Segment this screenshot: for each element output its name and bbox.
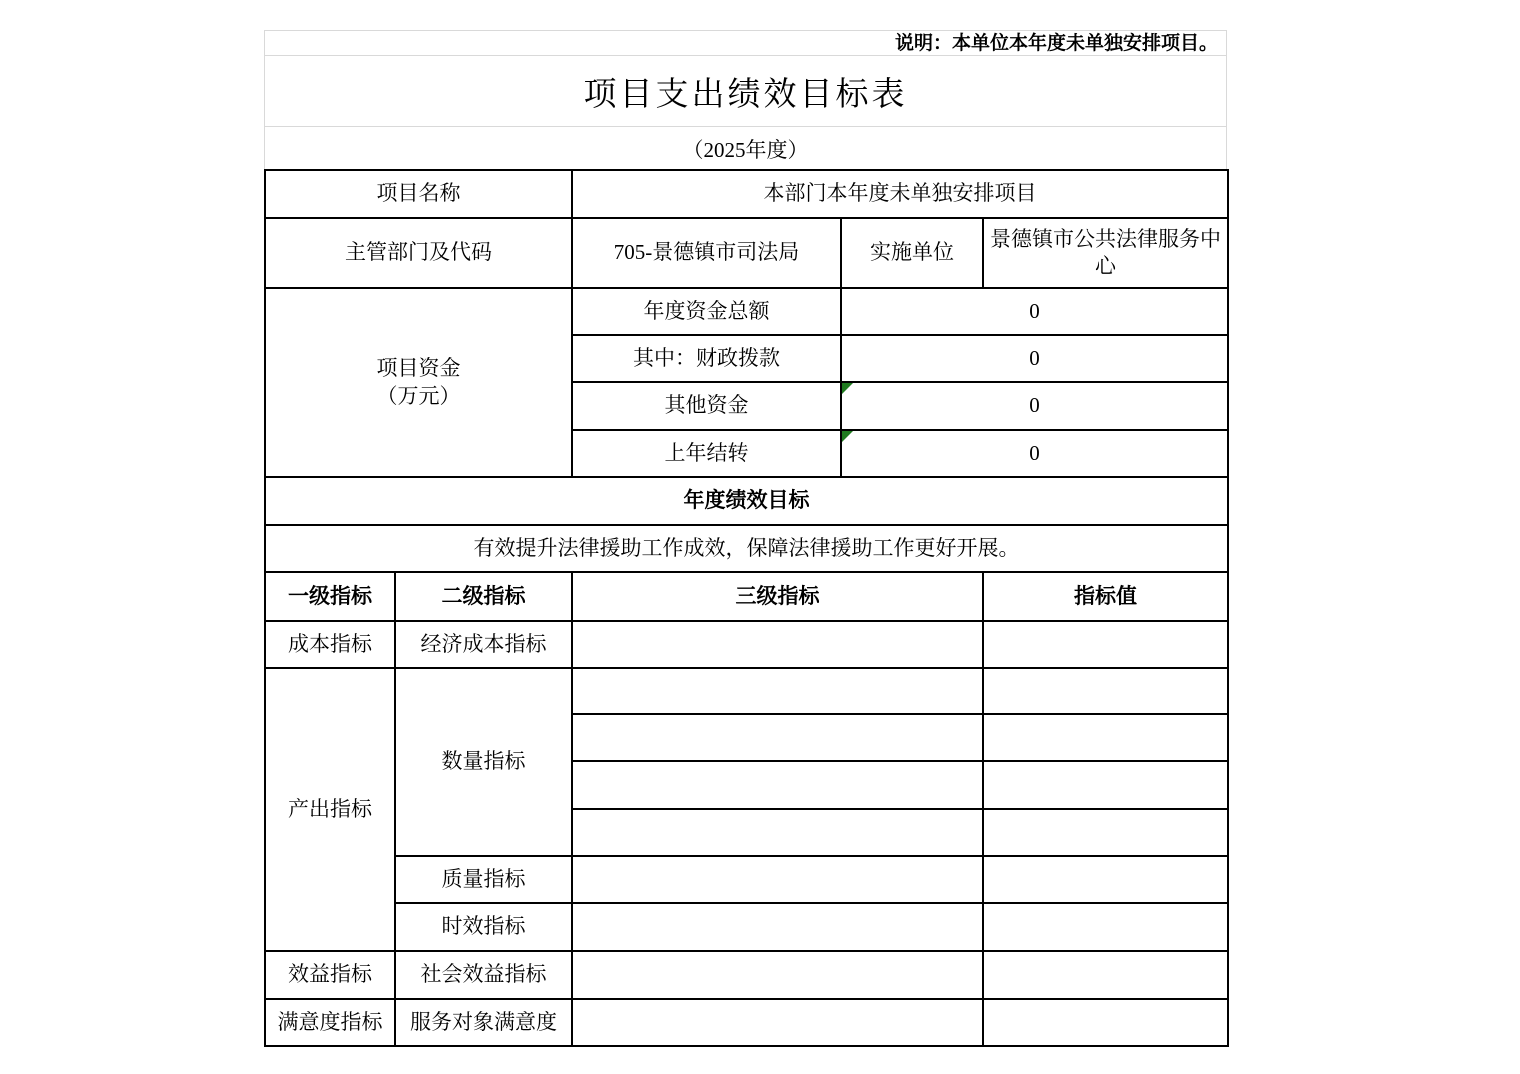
cell-cost-value-empty <box>983 621 1228 668</box>
cell-output-l1: 产出指标 <box>265 668 395 951</box>
header-indicator-value: 指标值 <box>983 572 1228 621</box>
cell-quantity-l2: 数量指标 <box>395 668 572 856</box>
cell-benefit-l1: 效益指标 <box>265 951 395 999</box>
cell-dept-value: 705-景德镇市司法局 <box>572 218 841 288</box>
row-indicator-header: 一级指标 二级指标 三级指标 指标值 <box>265 572 1228 621</box>
cell-funding-row-name: 上年结转 <box>572 430 841 477</box>
cell-time-value-empty <box>983 903 1228 951</box>
cell-goal-section-title: 年度绩效目标 <box>265 477 1228 525</box>
cell-quantity-value-empty <box>983 809 1228 856</box>
performance-target-table: 项目名称 本部门本年度未单独安排项目 主管部门及代码 705-景德镇市司法局 实… <box>264 169 1229 1047</box>
funding-value: 0 <box>1029 346 1040 370</box>
funding-label-line2: （万元） <box>270 383 567 410</box>
cell-funding-row-name: 其他资金 <box>572 382 841 430</box>
row-quantity-1: 产出指标 数量指标 <box>265 668 1228 714</box>
cell-benefit-l2: 社会效益指标 <box>395 951 572 999</box>
cell-funding-row-value: 0 <box>841 288 1228 335</box>
cell-impl-unit-label: 实施单位 <box>841 218 983 288</box>
cell-cost-l1: 成本指标 <box>265 621 395 668</box>
document-header: 说明：本单位本年度未单独安排项目。 项目支出绩效目标表 （2025年度） <box>264 30 1227 170</box>
funding-label-line1: 项目资金 <box>270 355 567 382</box>
cell-funding-row-name: 年度资金总额 <box>572 288 841 335</box>
page-subtitle: （2025年度） <box>265 127 1226 170</box>
document-page: 说明：本单位本年度未单独安排项目。 项目支出绩效目标表 （2025年度） 项目名… <box>0 0 1520 1074</box>
header-level1: 一级指标 <box>265 572 395 621</box>
cell-project-name-label: 项目名称 <box>265 170 572 218</box>
cell-cost-l2: 经济成本指标 <box>395 621 572 668</box>
header-level2: 二级指标 <box>395 572 572 621</box>
header-level3: 三级指标 <box>572 572 983 621</box>
cell-quantity-value-empty <box>983 668 1228 714</box>
funding-value: 0 <box>1029 299 1040 323</box>
cell-quantity-l3-empty <box>572 761 983 809</box>
row-goal-title: 年度绩效目标 <box>265 477 1228 525</box>
row-satisfaction: 满意度指标 服务对象满意度 <box>265 999 1228 1046</box>
cell-satisfaction-l1: 满意度指标 <box>265 999 395 1046</box>
title-row: 项目支出绩效目标表 <box>265 56 1226 127</box>
cell-funding-row-value: 0 <box>841 382 1228 430</box>
row-timeliness: 时效指标 <box>265 903 1228 951</box>
number-as-text-flag-icon <box>842 383 853 394</box>
cell-satisfaction-value-empty <box>983 999 1228 1046</box>
cell-quality-l3-empty <box>572 856 983 903</box>
cell-quantity-l3-empty <box>572 668 983 714</box>
row-benefit: 效益指标 社会效益指标 <box>265 951 1228 999</box>
row-goal-text: 有效提升法律援助工作成效，保障法律援助工作更好开展。 <box>265 525 1228 572</box>
cell-dept-label: 主管部门及代码 <box>265 218 572 288</box>
cell-quantity-l3-empty <box>572 809 983 856</box>
number-as-text-flag-icon <box>842 431 853 442</box>
cell-quality-value-empty <box>983 856 1228 903</box>
cell-time-l3-empty <box>572 903 983 951</box>
cell-funding-row-value: 0 <box>841 430 1228 477</box>
note-line: 说明：本单位本年度未单独安排项目。 <box>265 31 1226 56</box>
cell-satisfaction-l3-empty <box>572 999 983 1046</box>
cell-benefit-l3-empty <box>572 951 983 999</box>
row-quality: 质量指标 <box>265 856 1228 903</box>
cell-satisfaction-l2: 服务对象满意度 <box>395 999 572 1046</box>
cell-funding-label: 项目资金 （万元） <box>265 288 572 477</box>
cell-funding-row-value: 0 <box>841 335 1228 382</box>
cell-cost-l3-empty <box>572 621 983 668</box>
cell-quality-l2: 质量指标 <box>395 856 572 903</box>
cell-impl-unit-value: 景德镇市公共法律服务中心 <box>983 218 1228 288</box>
funding-value: 0 <box>1029 441 1040 465</box>
cell-quantity-l3-empty <box>572 714 983 761</box>
row-cost-indicator: 成本指标 经济成本指标 <box>265 621 1228 668</box>
row-funding-total: 项目资金 （万元） 年度资金总额 0 <box>265 288 1228 335</box>
row-department: 主管部门及代码 705-景德镇市司法局 实施单位 景德镇市公共法律服务中心 <box>265 218 1228 288</box>
cell-time-l2: 时效指标 <box>395 903 572 951</box>
cell-goal-text: 有效提升法律援助工作成效，保障法律援助工作更好开展。 <box>265 525 1228 572</box>
page-title: 项目支出绩效目标表 <box>584 68 908 115</box>
cell-quantity-value-empty <box>983 761 1228 809</box>
cell-funding-row-name: 其中：财政拨款 <box>572 335 841 382</box>
cell-benefit-value-empty <box>983 951 1228 999</box>
row-project-name: 项目名称 本部门本年度未单独安排项目 <box>265 170 1228 218</box>
cell-quantity-value-empty <box>983 714 1228 761</box>
cell-project-name-value: 本部门本年度未单独安排项目 <box>572 170 1228 218</box>
funding-value: 0 <box>1029 393 1040 417</box>
